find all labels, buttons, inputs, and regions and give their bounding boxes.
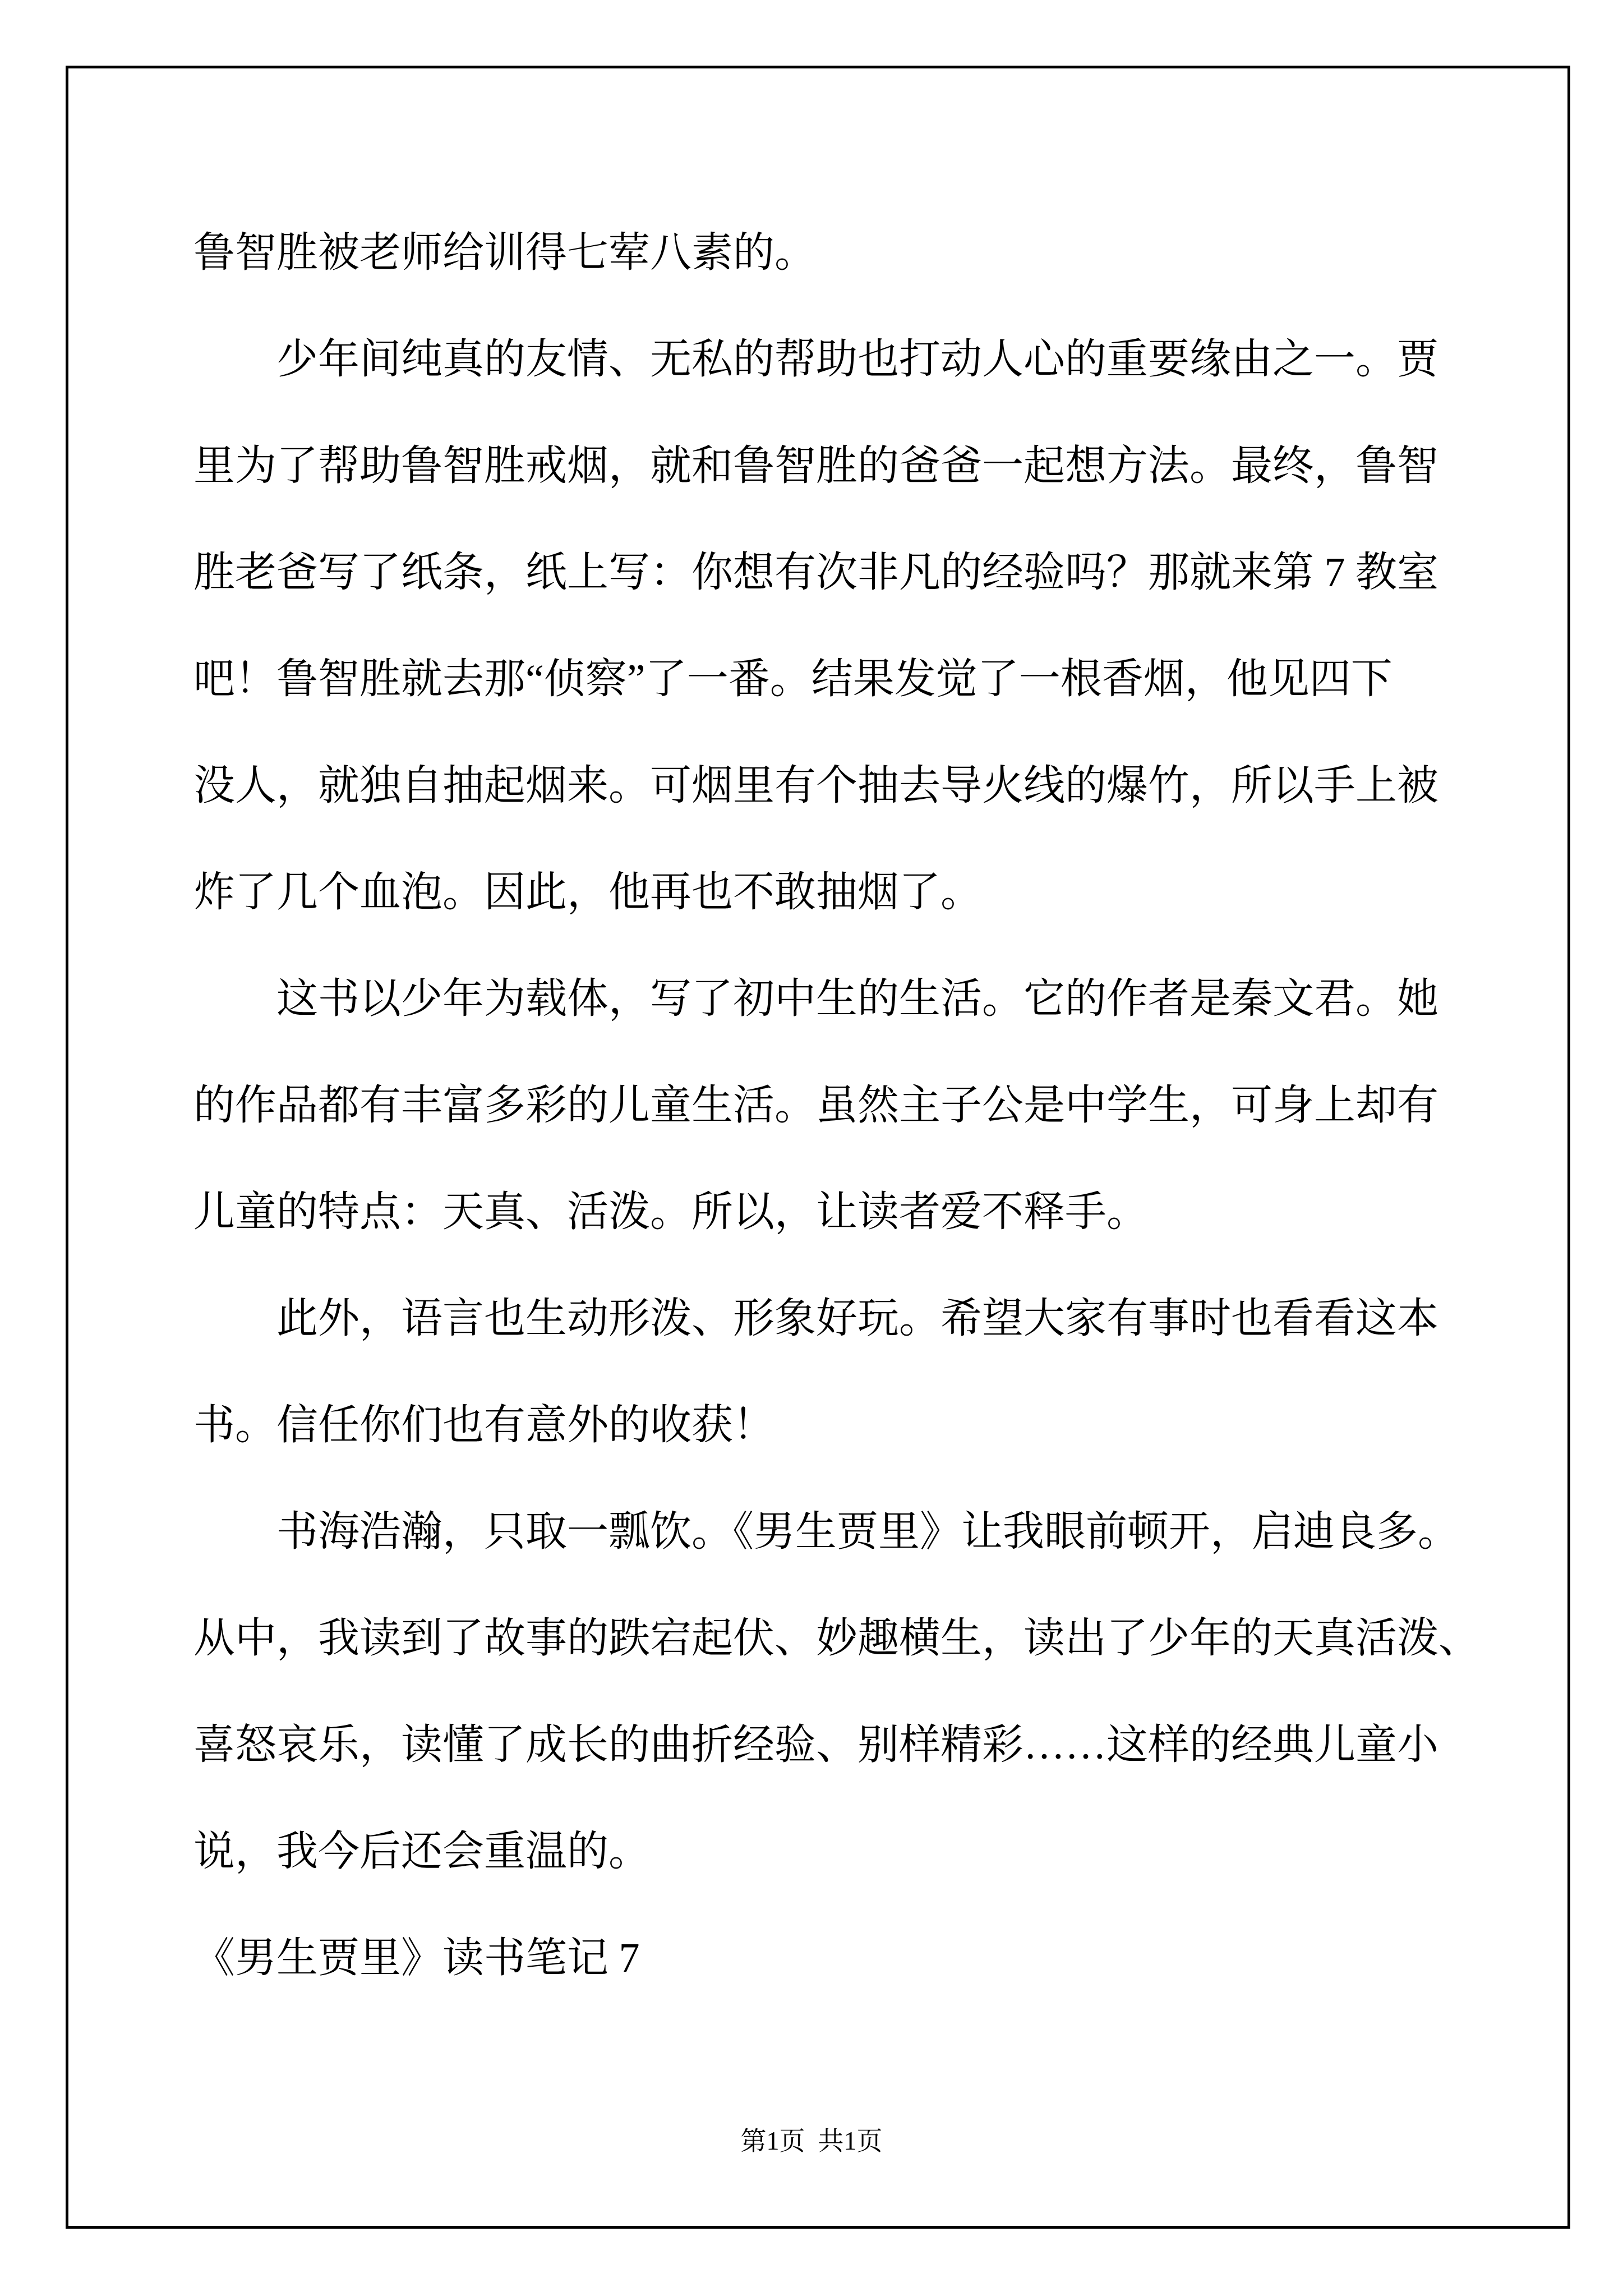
text-line: 儿童的特点：天真、活泼。所以，让读者爱不释手。	[193, 1159, 1495, 1266]
text-line: 没人，就独自抽起烟来。可烟里有个抽去导火线的爆竹，所以手上被	[193, 733, 1495, 839]
document-page: { "document": { "lines": [ "鲁智胜被老师给训得七荤八…	[0, 0, 1623, 2296]
text-line: 此外，语言也生动形泼、形象好玩。希望大家有事时也看看这本	[193, 1266, 1495, 1372]
text-line: 少年间纯真的友情、无私的帮助也打动人心的重要缘由之一。贾	[193, 306, 1495, 413]
text-line: 《男生贾里》读书笔记 7	[193, 1905, 1495, 2012]
text-line: 胜老爸写了纸条，纸上写：你想有次非凡的经验吗？那就来第 7 教室	[193, 519, 1495, 626]
text-line: 这书以少年为载体，写了初中生的生活。它的作者是秦文君。她	[193, 946, 1495, 1052]
text-line: 吧！鲁智胜就去那“侦察”了一番。结果发觉了一根香烟，他见四下	[193, 626, 1495, 733]
text-line: 的作品都有丰富多彩的儿童生活。虽然主子公是中学生，可身上却有	[193, 1052, 1495, 1159]
page-number-indicator: 第1页 共1页	[0, 2124, 1623, 2159]
text-line: 喜怒哀乐，读懂了成长的曲折经验、别样精彩……这样的经典儿童小	[193, 1692, 1495, 1798]
text-line: 书。信任你们也有意外的收获！	[193, 1372, 1495, 1479]
text-line: 从中，我读到了故事的跌宕起伏、妙趣横生，读出了少年的天真活泼、	[193, 1585, 1495, 1692]
text-line: 说，我今后还会重温的。	[193, 1798, 1495, 1905]
document-body: 鲁智胜被老师给训得七荤八素的。 少年间纯真的友情、无私的帮助也打动人心的重要缘由…	[193, 200, 1495, 2012]
text-line: 鲁智胜被老师给训得七荤八素的。	[193, 200, 1495, 306]
text-line: 炸了几个血泡。因此，他再也不敢抽烟了。	[193, 839, 1495, 946]
text-line: 书海浩瀚，只取一瓢饮。《男生贾里》让我眼前顿开，启迪良多。	[193, 1479, 1495, 1585]
text-line: 里为了帮助鲁智胜戒烟，就和鲁智胜的爸爸一起想方法。最终，鲁智	[193, 413, 1495, 519]
